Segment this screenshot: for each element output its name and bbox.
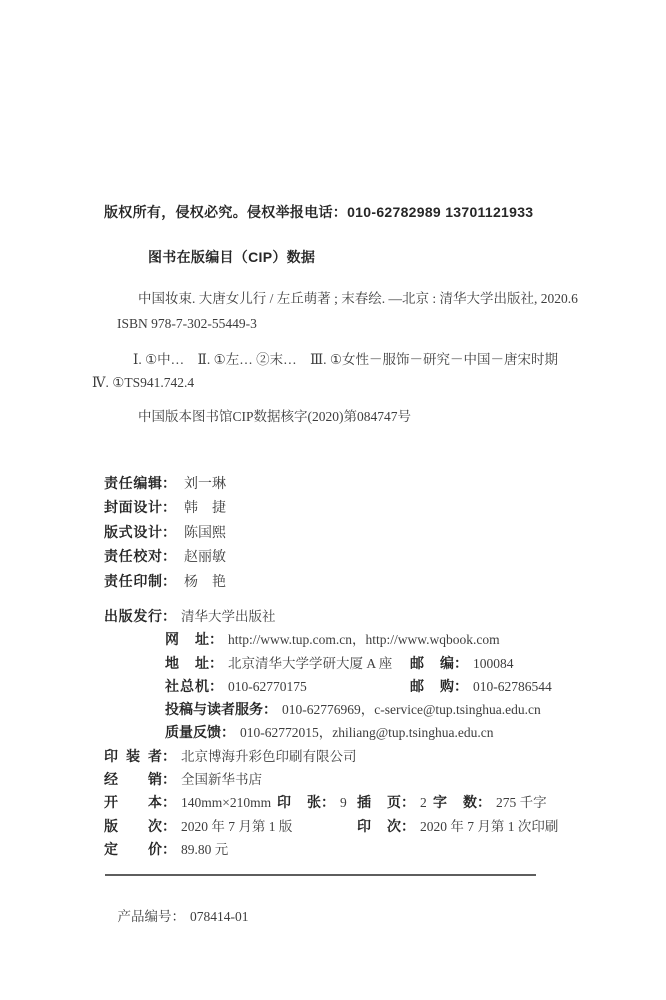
publication-row: 网址：http://www.tup.com.cn，http://www.wqbo…	[104, 628, 644, 651]
cip-isbn-line: ISBN 978-7-302-55449-3	[117, 315, 257, 333]
publication-value: 010-62772015，zhiliang@tup.tsinghua.edu.c…	[240, 725, 494, 740]
publication-label: 质量反馈：	[165, 724, 235, 740]
publication-second-column: 字数：275 千字	[433, 791, 547, 814]
publication-col-label: 插页：	[357, 794, 415, 810]
credit-label: 责任印制：	[104, 573, 176, 589]
credit-row: 责任校对：赵丽敏	[104, 545, 226, 569]
publication-second-column: 邮购：010-62786544	[410, 675, 552, 698]
publication-col-label: 邮购：	[410, 678, 468, 694]
publication-second-column: 插页：2	[357, 791, 427, 814]
publication-col-value: 100084	[473, 656, 514, 671]
credit-value: 杨 艳	[184, 575, 226, 590]
publication-second-column: 邮编：100084	[410, 652, 514, 675]
publication-col-value: 2	[420, 795, 427, 810]
credit-label: 责任编辑：	[104, 475, 176, 491]
publication-col-value: 010-62786544	[473, 679, 552, 694]
publication-label: 印装者：	[104, 748, 176, 764]
credit-label: 封面设计：	[104, 499, 176, 515]
publication-second-column: 印次：2020 年 7 月第 1 次印刷	[357, 815, 558, 838]
credit-row: 封面设计：韩 捷	[104, 496, 226, 520]
product-code-line: 产品编号：078414-01	[104, 887, 249, 947]
publication-col-label: 印次：	[357, 818, 415, 834]
publication-row: 版次：2020 年 7 月第 1 版印次：2020 年 7 月第 1 次印刷	[104, 815, 644, 838]
publication-row: 质量反馈：010-62772015，zhiliang@tup.tsinghua.…	[104, 721, 644, 744]
credit-row: 责任印制：杨 艳	[104, 570, 226, 594]
publication-value: 北京博海升彩色印刷有限公司	[181, 749, 357, 764]
credit-value: 韩 捷	[184, 501, 226, 516]
publication-label: 经销：	[104, 771, 176, 787]
cip-record-line: 中国版本图书馆CIP数据核字(2020)第084747号	[138, 408, 411, 426]
credit-row: 版式设计：陈国熙	[104, 521, 226, 545]
publication-row: 地址：北京清华大学学研大厦 A 座邮编：100084	[104, 652, 644, 675]
publication-value: 清华大学出版社	[181, 609, 276, 624]
publication-value: 全国新华书店	[181, 772, 262, 787]
publication-label: 地址：	[165, 655, 223, 671]
publication-value: 89.80 元	[181, 842, 228, 857]
cip-heading: 图书在版编目（CIP）数据	[148, 247, 315, 267]
product-code-value: 078414-01	[190, 909, 249, 924]
credit-label: 版式设计：	[104, 524, 176, 540]
publication-label: 出版发行：	[104, 608, 176, 624]
publication-col-value: 275 千字	[496, 795, 547, 810]
publication-label: 投稿与读者服务：	[165, 701, 277, 717]
cip-title-line: 中国妆束. 大唐女儿行 / 左丘萌著 ; 末春绘. —北京 : 清华大学出版社,…	[138, 290, 578, 308]
copyright-notice: 版权所有，侵权必究。侵权举报电话：010-62782989 1370112193…	[104, 202, 533, 222]
publication-col-value: 9	[340, 795, 347, 810]
publication-second-column: 印张：9	[277, 791, 347, 814]
publication-value: 010-62770175	[228, 679, 307, 694]
publication-col-value: 2020 年 7 月第 1 次印刷	[420, 819, 558, 834]
product-code-label: 产品编号：	[118, 909, 186, 924]
credit-value: 刘一琳	[184, 477, 226, 492]
publication-row: 经销：全国新华书店	[104, 768, 644, 791]
publication-value: 140mm×210mm	[181, 795, 271, 810]
publication-row: 印装者：北京博海升彩色印刷有限公司	[104, 745, 644, 768]
credit-value: 赵丽敏	[184, 550, 226, 565]
credit-label: 责任校对：	[104, 548, 176, 564]
publication-col-label: 字数：	[433, 794, 491, 810]
publication-row: 定价：89.80 元	[104, 838, 644, 861]
book-copyright-page: 版权所有，侵权必究。侵权举报电话：010-62782989 1370112193…	[0, 0, 666, 1000]
credit-row: 责任编辑：刘一琳	[104, 472, 226, 496]
publication-col-label: 印张：	[277, 794, 335, 810]
publication-label: 网址：	[165, 631, 223, 647]
publication-label: 社总机：	[165, 678, 223, 694]
cip-classification-line-2: Ⅳ. ①TS941.742.4	[92, 374, 194, 392]
credit-value: 陈国熙	[184, 526, 226, 541]
publication-value: http://www.tup.com.cn，http://www.wqbook.…	[228, 632, 500, 647]
cip-classification-line-1: Ⅰ. ①中… Ⅱ. ①左… ②末… Ⅲ. ①女性－服饰－研究－中国－唐宋时期	[133, 351, 558, 369]
publication-label: 定价：	[104, 841, 176, 857]
publication-label: 开本：	[104, 794, 176, 810]
publication-row: 开本：140mm×210mm印张：9插页：2字数：275 千字	[104, 791, 644, 814]
publication-value: 2020 年 7 月第 1 版	[181, 819, 292, 834]
publication-info-block: 出版发行：清华大学出版社网址：http://www.tup.com.cn，htt…	[104, 605, 644, 861]
publication-value: 010-62776969，c-service@tup.tsinghua.edu.…	[282, 702, 541, 717]
staff-credits-block: 责任编辑：刘一琳封面设计：韩 捷版式设计：陈国熙责任校对：赵丽敏责任印制：杨 艳	[104, 472, 226, 594]
divider-line	[105, 874, 536, 876]
publication-value: 北京清华大学学研大厦 A 座	[228, 656, 392, 671]
publication-label: 版次：	[104, 818, 176, 834]
publication-row: 出版发行：清华大学出版社	[104, 605, 644, 628]
publication-col-label: 邮编：	[410, 655, 468, 671]
publication-row: 投稿与读者服务：010-62776969，c-service@tup.tsing…	[104, 698, 644, 721]
publication-row: 社总机：010-62770175邮购：010-62786544	[104, 675, 644, 698]
